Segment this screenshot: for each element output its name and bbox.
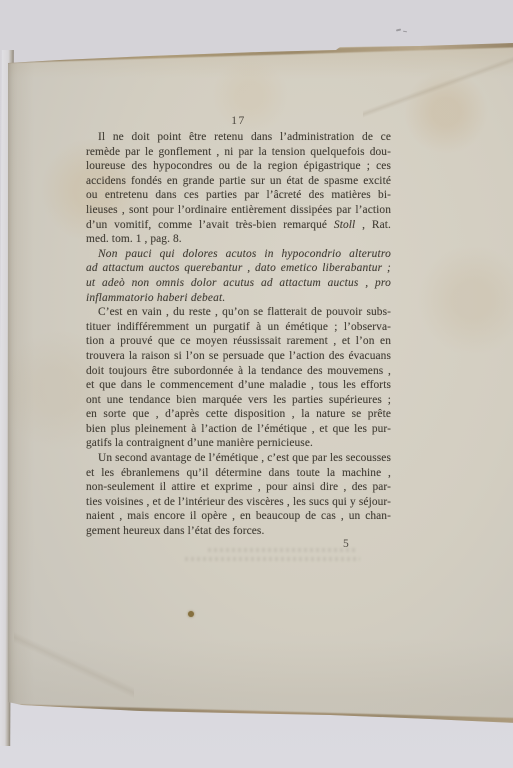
text-line: med. tom. 1 , pag. 8.: [86, 232, 391, 247]
text-line: d’un vomitif, comme l’avait très-bien re…: [86, 218, 391, 233]
verso-show-through: [208, 548, 358, 552]
paragraph: Il ne doit point être retenu dans l’admi…: [86, 130, 391, 247]
text-line: ut adeò non omnis dolor acutus ad attact…: [86, 276, 391, 291]
paragraph-latin-quote: Non pauci qui dolores acutos in hypocond…: [86, 247, 391, 305]
page-number: 17: [86, 115, 391, 127]
text-line: Il ne doit point être retenu dans l’admi…: [86, 130, 391, 145]
paragraph: C’est en vain , du reste , qu’on se flat…: [86, 305, 391, 451]
text-line: bien plus pleinement à l’action de l’émé…: [86, 422, 391, 437]
text-line: remède par le gonflement , ni par la ten…: [86, 145, 391, 160]
foxing-spot: [188, 611, 194, 617]
text-run: , Rat.: [355, 219, 391, 231]
text-line: gatifs la contraignent d’une manière per…: [86, 436, 391, 451]
verso-show-through: [185, 557, 360, 561]
text-line: gement heureux dans l’état des forces.: [86, 524, 391, 539]
backdrop-speck: [396, 28, 401, 31]
paper-crease: [14, 620, 134, 710]
text-run: d’un vomitif, comme l’avait très-bien re…: [86, 219, 334, 231]
text-line: et les ébranlemens qu’il détermine dans …: [86, 466, 391, 481]
text-line: non-seulement il attire et exprime , pou…: [86, 480, 391, 495]
text-line: loureuse des hypocondres ou de la region…: [86, 159, 391, 174]
text-line: et que dans le commencement d’une maladi…: [86, 378, 391, 393]
backdrop-speck: [403, 31, 407, 33]
text-line: ties voisines , et de l’intérieur des vi…: [86, 495, 391, 510]
text-line: doit toujours être subordonnée à la tend…: [86, 364, 391, 379]
text-block: Il ne doit point être retenu dans l’admi…: [86, 130, 391, 539]
cited-author: Stoll: [334, 219, 355, 231]
text-line: accidens fondés en grande partie sur un …: [86, 174, 391, 189]
text-line: tion a prouvé que ce moyen réussissait r…: [86, 334, 391, 349]
text-line: lieuses , sont pour l’ordinaire entièrem…: [86, 203, 391, 218]
text-line: Un second avantage de l’émétique , c’est…: [86, 451, 391, 466]
text-line: en sorte que , d’après cette disposition…: [86, 407, 391, 422]
signature-mark: 5: [343, 538, 349, 550]
text-line: ad attactum auctos querebantur , dato em…: [86, 261, 391, 276]
text-line: naient , mais encore il opère , en beauc…: [86, 509, 391, 524]
text-line: ont une tendance bien marquée vers les p…: [86, 393, 391, 408]
paper-crease: [363, 52, 513, 122]
text-line: tituer indifféremment un purgatif à un é…: [86, 320, 391, 335]
photo-backdrop: 17 Il ne doit point être retenu dans l’a…: [0, 0, 513, 768]
text-line: trouvera la raison si l’on se persuade q…: [86, 349, 391, 364]
book-page: 17 Il ne doit point être retenu dans l’a…: [0, 0, 513, 768]
text-line: ou entretenu dans ces parties par l’âcre…: [86, 188, 391, 203]
text-line: C’est en vain , du reste , qu’on se flat…: [86, 305, 391, 320]
text-line: inflammatorio haberi debeat.: [86, 291, 391, 306]
paragraph: Un second avantage de l’émétique , c’est…: [86, 451, 391, 539]
text-line: Non pauci qui dolores acutos in hypocond…: [86, 247, 391, 262]
